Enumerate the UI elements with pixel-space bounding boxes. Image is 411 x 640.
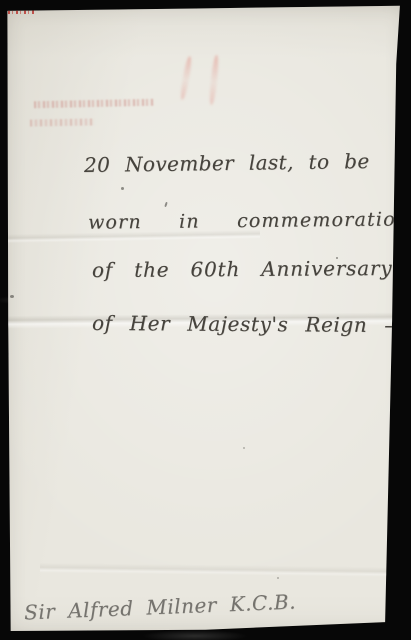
ink-speck — [277, 577, 279, 579]
bleedthrough-numeral-mark — [179, 56, 193, 100]
scanned-letter-photo: 20 November last, to be worn in commemor… — [0, 0, 411, 640]
letterhead-bleedthrough-line-1 — [34, 99, 154, 109]
ink-speck — [121, 187, 124, 190]
ink-speck — [10, 295, 14, 298]
ink-speck — [336, 257, 338, 259]
letter-paper: 20 November last, to be worn in commemor… — [0, 0, 411, 640]
red-edge-fragment — [8, 9, 35, 14]
ink-speck — [243, 447, 245, 449]
ink-speck — [164, 202, 167, 207]
letterhead-bleedthrough-line-2 — [30, 118, 94, 126]
handwriting-line-4: of Her Majesty's Reign — — [92, 311, 405, 337]
fold-crease-lower — [40, 563, 411, 578]
handwriting-line-3: of the 60th Anniversary — [92, 256, 393, 282]
handwriting-line-1: 20 November last, to be — [84, 149, 370, 177]
bleedthrough-numeral-mark — [208, 55, 219, 105]
pencil-inscription: Sir Alfred Milner K.C.B. — [24, 590, 297, 625]
handwriting-line-2: worn in commemoration — [88, 208, 409, 233]
